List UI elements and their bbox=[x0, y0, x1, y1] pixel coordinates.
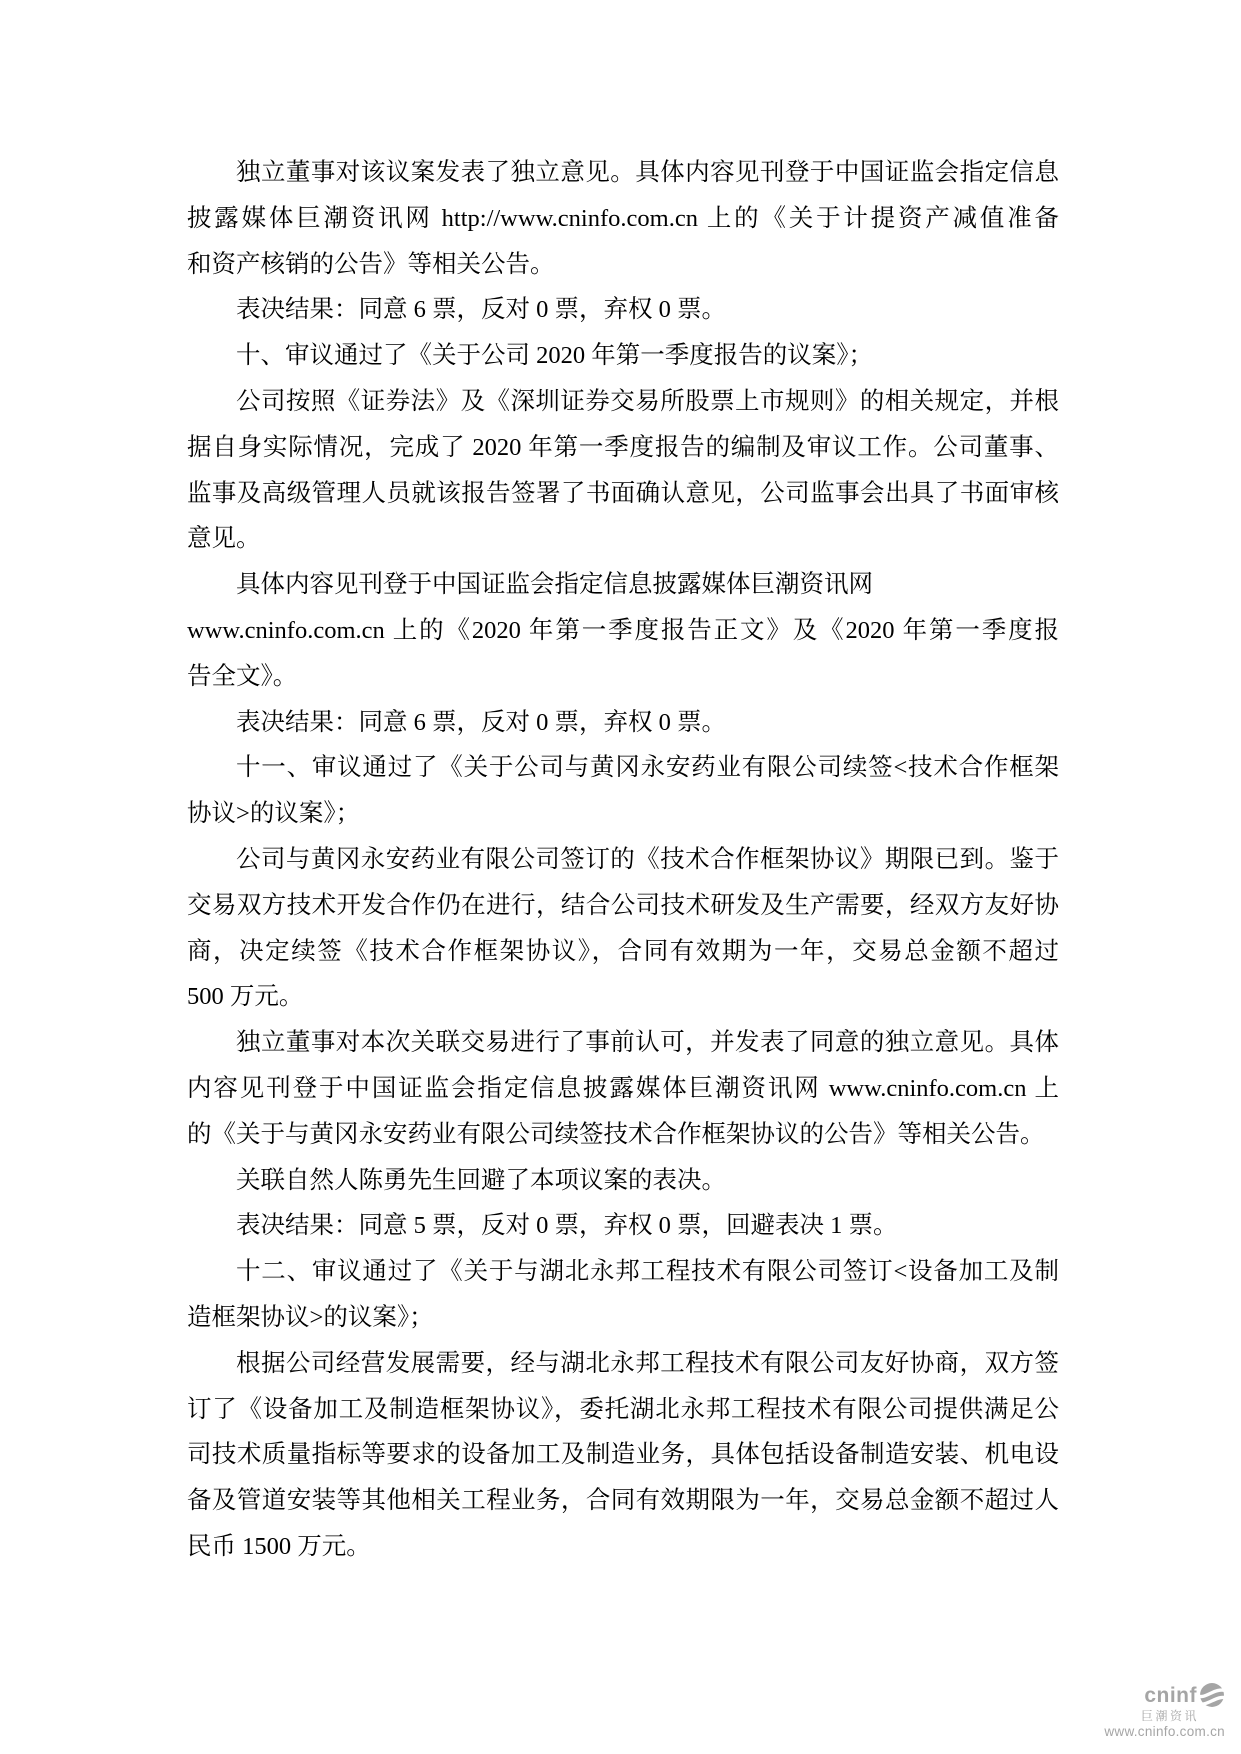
text-line: 据自身实际情况，完成了 2020 年第一季度报告的编制及审议工作。公司董事、 bbox=[187, 425, 1059, 471]
cninfo-website-url: www.cninfo.com.cn bbox=[1104, 1725, 1225, 1739]
text-line: 关联自然人陈勇先生回避了本项议案的表决。 bbox=[187, 1158, 1059, 1204]
text-line: 独立董事对本次关联交易进行了事前认可，并发表了同意的独立意见。具体 bbox=[187, 1020, 1059, 1066]
text-line: 表决结果：同意 6 票，反对 0 票，弃权 0 票。 bbox=[187, 287, 1059, 333]
cninfo-brand-text: cninf bbox=[1144, 1685, 1197, 1706]
text-line: 造框架协议>的议案》； bbox=[187, 1295, 1059, 1341]
text-line: 订了《设备加工及制造框架协议》，委托湖北永邦工程技术有限公司提供满足公 bbox=[187, 1387, 1059, 1433]
text-line: 披露媒体巨潮资讯网 http://www.cninfo.com.cn 上的《关于… bbox=[187, 196, 1059, 242]
text-line: 民币 1500 万元。 bbox=[187, 1524, 1059, 1570]
text-line: 独立董事对该议案发表了独立意见。具体内容见刊登于中国证监会指定信息 bbox=[187, 150, 1059, 196]
cninfo-swirl-globe-icon bbox=[1199, 1682, 1225, 1708]
text-line: 监事及高级管理人员就该报告签署了书面确认意见，公司监事会出具了书面审核 bbox=[187, 471, 1059, 517]
text-line: 公司按照《证券法》及《深圳证券交易所股票上市规则》的相关规定，并根 bbox=[187, 379, 1059, 425]
text-line: 表决结果：同意 6 票，反对 0 票，弃权 0 票。 bbox=[187, 700, 1059, 746]
document-body: 独立董事对该议案发表了独立意见。具体内容见刊登于中国证监会指定信息 披露媒体巨潮… bbox=[187, 150, 1059, 1570]
cninfo-logo: cninf 巨潮资讯 www.cninfo.com.cn bbox=[1104, 1682, 1225, 1739]
text-line: 表决结果：同意 5 票，反对 0 票，弃权 0 票，回避表决 1 票。 bbox=[187, 1203, 1059, 1249]
text-line: 和资产核销的公告》等相关公告。 bbox=[187, 242, 1059, 288]
cninfo-brand-row: cninf bbox=[1104, 1682, 1225, 1708]
text-line: 十、审议通过了《关于公司 2020 年第一季度报告的议案》； bbox=[187, 333, 1059, 379]
text-line: 商，决定续签《技术合作框架协议》，合同有效期为一年，交易总金额不超过 bbox=[187, 929, 1059, 975]
text-line: 十一、审议通过了《关于公司与黄冈永安药业有限公司续签<技术合作框架 bbox=[187, 745, 1059, 791]
cninfo-chinese-name: 巨潮资讯 bbox=[1104, 1710, 1225, 1722]
text-line: 500 万元。 bbox=[187, 974, 1059, 1020]
text-line: 十二、审议通过了《关于与湖北永邦工程技术有限公司签订<设备加工及制 bbox=[187, 1249, 1059, 1295]
text-line: 司技术质量指标等要求的设备加工及制造业务，具体包括设备制造安装、机电设 bbox=[187, 1432, 1059, 1478]
text-line: 内容见刊登于中国证监会指定信息披露媒体巨潮资讯网 www.cninfo.com.… bbox=[187, 1066, 1059, 1112]
text-line: www.cninfo.com.cn 上的《2020 年第一季度报告正文》及《20… bbox=[187, 608, 1059, 654]
text-line: 具体内容见刊登于中国证监会指定信息披露媒体巨潮资讯网 bbox=[187, 562, 1059, 608]
text-line: 备及管道安装等其他相关工程业务，合同有效期限为一年，交易总金额不超过人 bbox=[187, 1478, 1059, 1524]
text-line: 根据公司经营发展需要，经与湖北永邦工程技术有限公司友好协商，双方签 bbox=[187, 1341, 1059, 1387]
text-line: 交易双方技术开发合作仍在进行，结合公司技术研发及生产需要，经双方友好协 bbox=[187, 883, 1059, 929]
text-line: 协议>的议案》； bbox=[187, 791, 1059, 837]
text-line: 的《关于与黄冈永安药业有限公司续签技术合作框架协议的公告》等相关公告。 bbox=[187, 1112, 1059, 1158]
text-line: 意见。 bbox=[187, 516, 1059, 562]
text-line: 公司与黄冈永安药业有限公司签订的《技术合作框架协议》期限已到。鉴于 bbox=[187, 837, 1059, 883]
text-line: 告全文》。 bbox=[187, 654, 1059, 700]
